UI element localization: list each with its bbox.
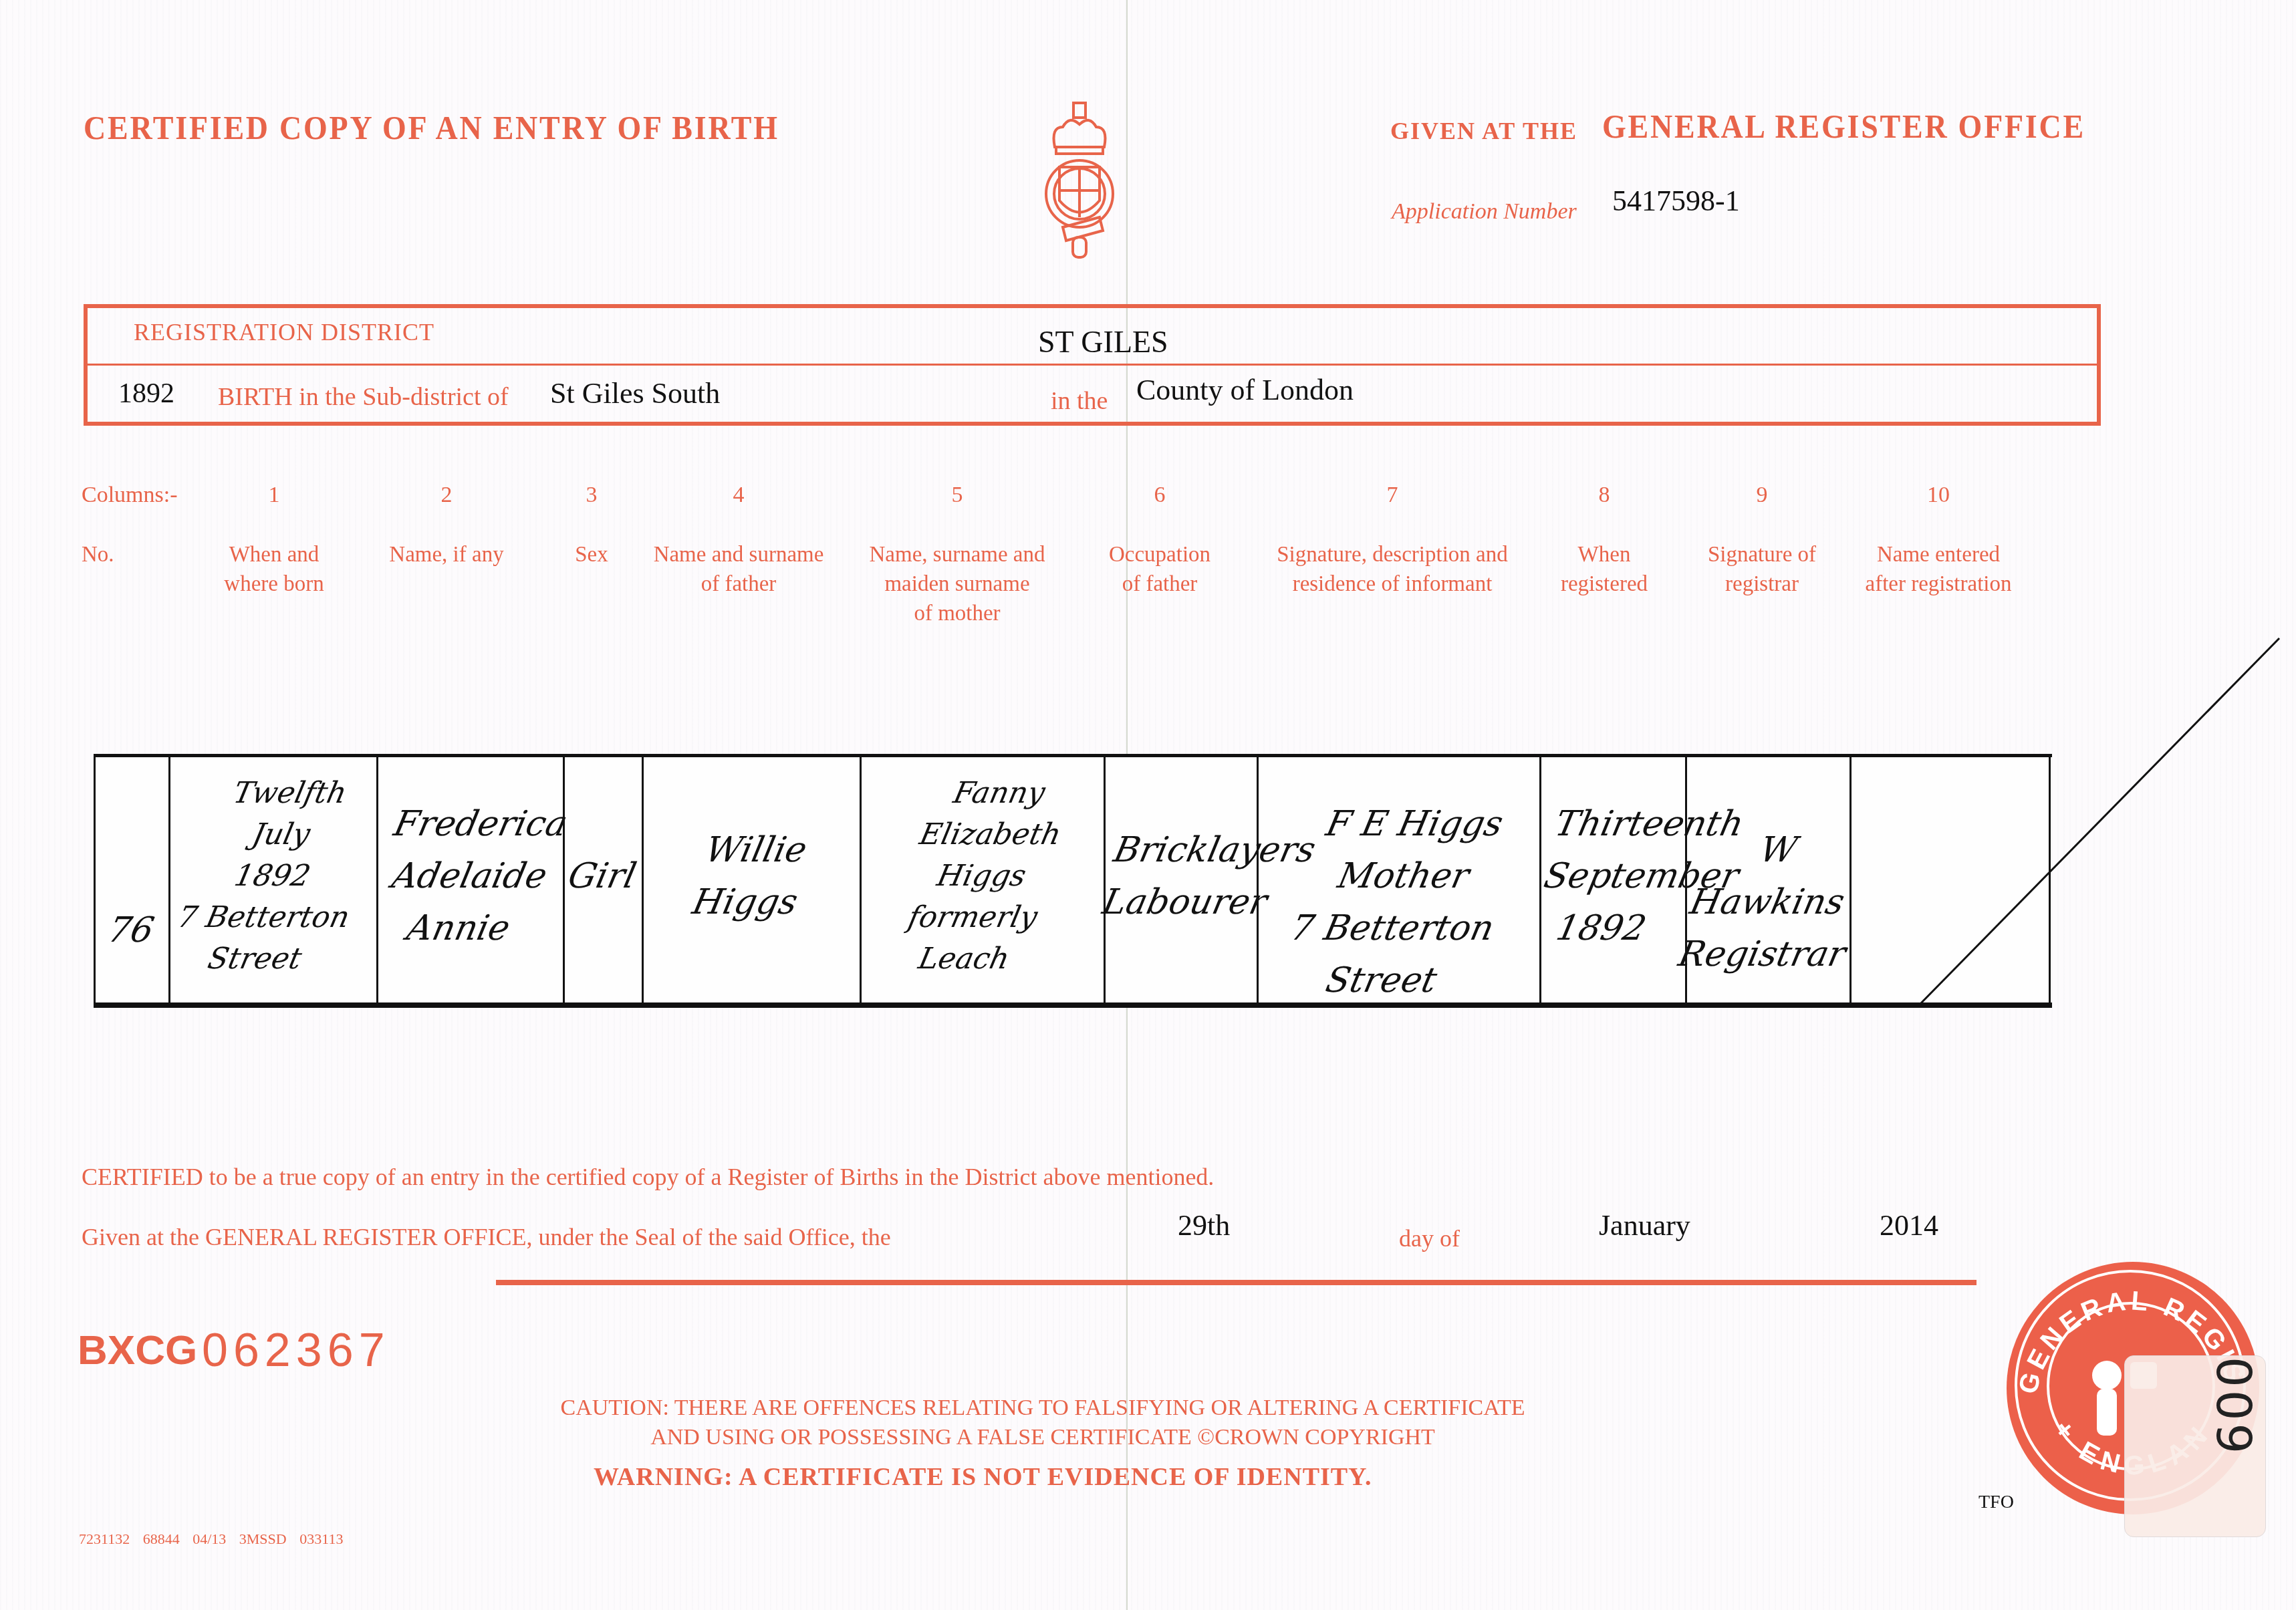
register-column-line xyxy=(563,757,565,1002)
entry-mother: Fanny Elizabeth Higgs formerly Leach xyxy=(843,773,1120,980)
certification-statement: CERTIFIED to be a true copy of an entry … xyxy=(82,1163,1214,1191)
certificate-month: January xyxy=(1599,1208,1690,1242)
registration-year: 1892 xyxy=(118,378,174,410)
application-number-label: Application Number xyxy=(1392,199,1577,225)
subdistrict: St Giles South xyxy=(550,376,720,410)
column-number-10: 10 xyxy=(1912,483,1965,508)
cancellation-stroke xyxy=(1892,635,2293,1009)
registration-district: ST GILES xyxy=(1038,324,1168,360)
register-entry-table: 76Twelfth July 1892 7 Betterton StreetFr… xyxy=(94,754,2052,1008)
entry-father: Willie Higgs xyxy=(636,824,865,928)
entry-no: 76 xyxy=(94,904,169,956)
register-column-line xyxy=(1849,757,1852,1002)
column-header-10: Name entered after registration xyxy=(1791,540,2085,599)
column-number-7: 7 xyxy=(1366,483,1419,508)
register-column-line xyxy=(1539,757,1541,1002)
given-statement: Given at the GENERAL REGISTER OFFICE, un… xyxy=(82,1223,891,1251)
column-number-4: 4 xyxy=(712,483,765,508)
column-number-1: 1 xyxy=(247,483,301,508)
county-label: in the xyxy=(1051,386,1108,416)
entry-when-registered: Thirteenth September 1892 xyxy=(1528,798,1696,954)
entry-when-where-born: Twelfth July 1892 7 Betterton Street xyxy=(152,773,393,980)
register-column-line xyxy=(642,757,644,1002)
serial-number: 062367 xyxy=(202,1323,390,1377)
register-column-line xyxy=(94,757,96,1002)
registration-district-label: REGISTRATION DISTRICT xyxy=(134,318,434,346)
signature-line xyxy=(496,1280,1976,1285)
certificate-year: 2014 xyxy=(1880,1208,1938,1242)
column-number-3: 3 xyxy=(565,483,618,508)
column-number-9: 9 xyxy=(1735,483,1789,508)
column-number-6: 6 xyxy=(1133,483,1186,508)
tfo-code: TFO xyxy=(1979,1492,2014,1513)
caution-line-1: CAUTION: THERE ARE OFFENCES RELATING TO … xyxy=(508,1393,1577,1423)
column-number-8: 8 xyxy=(1577,483,1631,508)
document-title: CERTIFIED COPY OF AN ENTRY OF BIRTH xyxy=(84,108,779,147)
entry-informant: F E Higgs Mother 7 Betterton Street xyxy=(1240,798,1556,1007)
sticker-note: 009 xyxy=(2206,1357,2262,1456)
entry-name: Frederica Adelaide Annie xyxy=(365,798,574,954)
column-number-5: 5 xyxy=(930,483,984,508)
identity-warning: WARNING: A CERTIFICATE IS NOT EVIDENCE O… xyxy=(594,1462,1372,1492)
entry-registrar: W Hawkins Registrar xyxy=(1674,824,1861,980)
issuing-office: GENERAL REGISTER OFFICE xyxy=(1602,107,2085,146)
day-of-label: day of xyxy=(1399,1224,1460,1252)
caution-line-2: AND USING OR POSSESSING A FALSE CERTIFIC… xyxy=(508,1423,1577,1452)
print-code: 7231132 68844 04/13 3MSSD 033113 xyxy=(79,1530,343,1548)
caution-notice: CAUTION: THERE ARE OFFENCES RELATING TO … xyxy=(0,1393,2296,1452)
county: County of London xyxy=(1136,373,1354,407)
column-header-0: No. xyxy=(82,540,114,569)
entry-sex: Girl xyxy=(563,850,642,902)
royal-coat-of-arms-icon xyxy=(1043,100,1116,267)
entry-father-occupation: Bricklayers Labourer xyxy=(1098,824,1262,928)
serial-prefix: BXCG xyxy=(78,1327,197,1374)
given-at-label: GIVEN AT THE xyxy=(1390,117,1577,145)
subdistrict-label: BIRTH in the Sub-district of xyxy=(218,382,509,412)
columns-label: Columns:- xyxy=(82,483,178,508)
district-divider xyxy=(88,364,2097,366)
certificate-day: 29th xyxy=(1178,1208,1230,1242)
application-number: 5417598-1 xyxy=(1612,184,1740,218)
column-number-2: 2 xyxy=(420,483,473,508)
